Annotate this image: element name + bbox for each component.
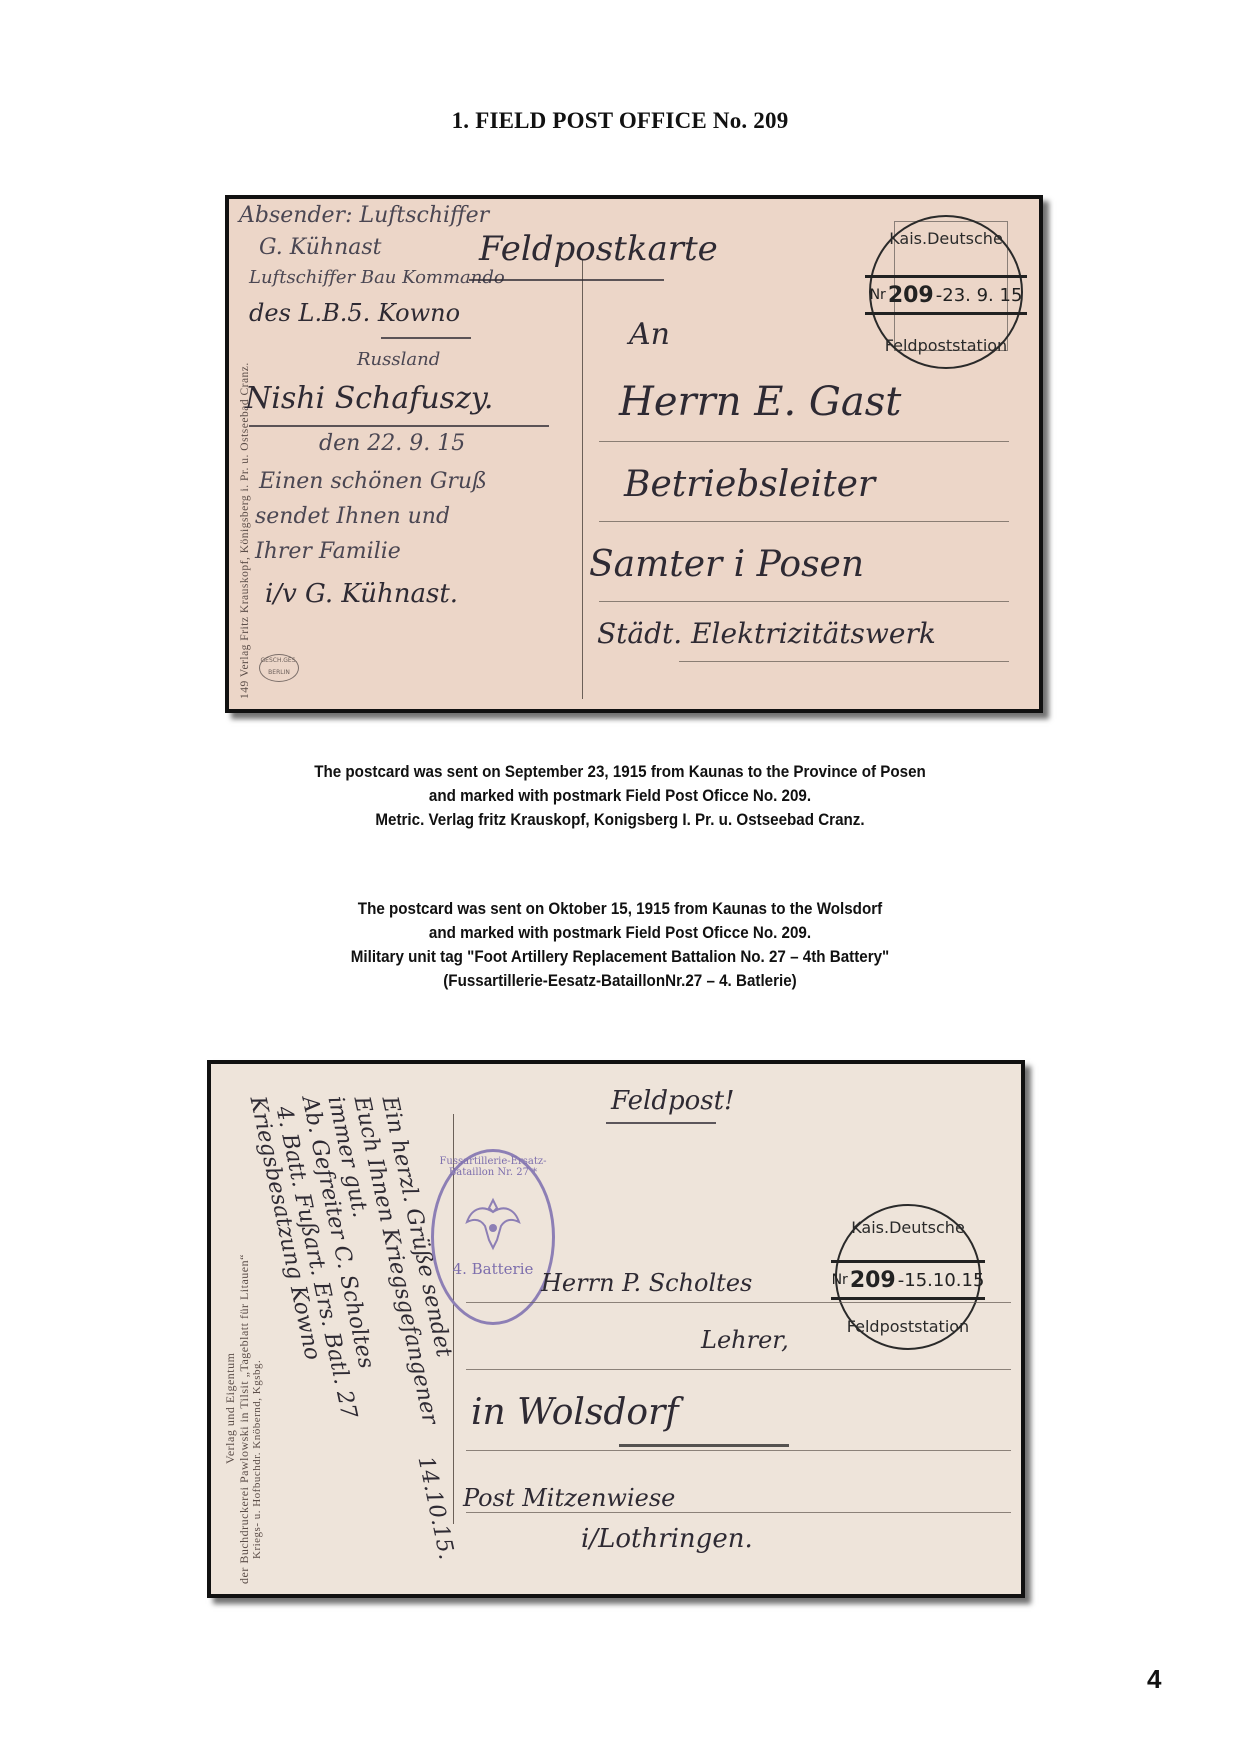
address-line: Post Mitzenwiese [463, 1484, 675, 1512]
mini-seal-text: GESCH.GES. BERLIN [261, 657, 298, 676]
sender-line: Nishi Schafuszy. [245, 381, 493, 416]
caption-postcard-1: The postcard was sent on September 23, 1… [50, 760, 1191, 832]
address-rule [599, 521, 1009, 522]
caption-line: and marked with postmark Field Post Ofic… [50, 921, 1191, 945]
address-line: Lehrer, [701, 1326, 789, 1354]
message-line: sendet Ihnen und [255, 504, 450, 529]
caption-postcard-2: The postcard was sent on Oktober 15, 191… [50, 897, 1191, 993]
message-line: Einen schönen Gruß [259, 469, 487, 494]
caption-line: Military unit tag "Foot Artillery Replac… [50, 945, 1191, 969]
page-number: 4 [1147, 1664, 1161, 1695]
sender-line: des L.B.5. Kowno [249, 299, 460, 327]
sender-line: Absender: Luftschiffer [239, 203, 489, 228]
address-line: Städt. Elektrizitätswerk [597, 617, 936, 650]
unit-seal-fussartillerie: Fussartillerie-Ersatz-Bataillon Nr. 27 *… [431, 1149, 555, 1325]
postmark-top: Kais.Deutsche [871, 229, 1021, 248]
postcard-1: 149 Verlag Fritz Krauskopf, Königsberg i… [225, 195, 1043, 713]
underline [249, 425, 549, 427]
postmark-date-band: Nr 209 - 15.10.15 [831, 1260, 985, 1300]
postmark-prefix: Nr [832, 1272, 848, 1288]
postmark-top: Kais.Deutsche [837, 1218, 979, 1237]
address-line: Betriebsleiter [624, 464, 875, 505]
address-line: Samter i Posen [589, 544, 864, 585]
card-divider [582, 259, 583, 699]
address-rule [599, 441, 1009, 442]
caption-line: Metric. Verlag fritz Krauskopf, Konigsbe… [50, 808, 1191, 832]
address-rule [599, 601, 1009, 602]
underline [619, 1444, 789, 1447]
caption-line: The postcard was sent on Oktober 15, 191… [50, 897, 1191, 921]
underline [469, 279, 664, 281]
address-rule [466, 1369, 1011, 1370]
address-rule [466, 1512, 1011, 1513]
caption-line: The postcard was sent on September 23, 1… [50, 760, 1191, 784]
address-line: An [629, 317, 670, 352]
signature: i/v G. Kühnast. [265, 579, 458, 609]
card-heading: Feldpostkarte [479, 229, 718, 269]
sender-line: Luftschiffer Bau Kommando [249, 267, 505, 288]
postmark-date: 15.10.15 [904, 1270, 984, 1291]
caption-line: (Fussartillerie-Eesatz-BataillonNr.27 – … [50, 969, 1191, 993]
message-line: Ihrer Familie [255, 539, 401, 564]
underline [381, 337, 471, 339]
postmark-date: 23. 9. 15 [942, 285, 1022, 306]
address-line: Herrn P. Scholtes [541, 1269, 752, 1297]
sender-line: Russland [357, 349, 440, 370]
postmark-bottom: Feldpoststation [837, 1317, 979, 1336]
underline [606, 1122, 716, 1124]
publisher-imprint: Kriegs- u. Hofbuchdr. Knöbernd, Kgsbg. [251, 1360, 263, 1559]
address-line: in Wolsdorf [471, 1392, 679, 1433]
address-rule [679, 661, 1009, 662]
card-heading: Feldpost! [611, 1086, 735, 1116]
postmark-prefix: Nr [870, 287, 886, 303]
publisher-imprint: der Buchdruckerei Pawlowski in Tilsit „T… [237, 1254, 252, 1584]
seal-ring-text: Fussartillerie-Ersatz-Bataillon Nr. 27 * [434, 1156, 552, 1178]
sender-line: den 22. 9. 15 [319, 431, 465, 456]
postmark-office: 209 [888, 283, 934, 308]
sender-line: G. Kühnast [259, 235, 381, 260]
message-date: 14.10.15. [413, 1454, 459, 1562]
caption-line: and marked with postmark Field Post Ofic… [50, 784, 1191, 808]
seal-center-text: 4. Batterie [434, 1260, 552, 1278]
postmark-date-band: Nr 209 - 23. 9. 15 [865, 275, 1027, 315]
postmark-office: 209 [850, 1268, 896, 1293]
eagle-emblem-icon [463, 1194, 523, 1252]
postmark-fpo-209: Kais.Deutsche Nr 209 - 23. 9. 15 Feldpos… [869, 215, 1023, 369]
postmark-bottom: Feldpoststation [871, 336, 1021, 355]
page-title: 1. FIELD POST OFFICE No. 209 [0, 108, 1240, 134]
publisher-mini-seal: GESCH.GES. BERLIN [259, 654, 299, 682]
address-line: i/Lothringen. [581, 1524, 753, 1554]
address-rule [466, 1450, 1011, 1451]
address-rule [466, 1302, 1011, 1303]
postmark-fpo-209: Kais.Deutsche Nr 209 - 15.10.15 Feldpost… [835, 1204, 981, 1350]
postcard-2: Verlag und Eigentum der Buchdruckerei Pa… [207, 1060, 1025, 1598]
address-line: Herrn E. Gast [619, 379, 901, 425]
publisher-imprint: Verlag und Eigentum [223, 1353, 238, 1464]
